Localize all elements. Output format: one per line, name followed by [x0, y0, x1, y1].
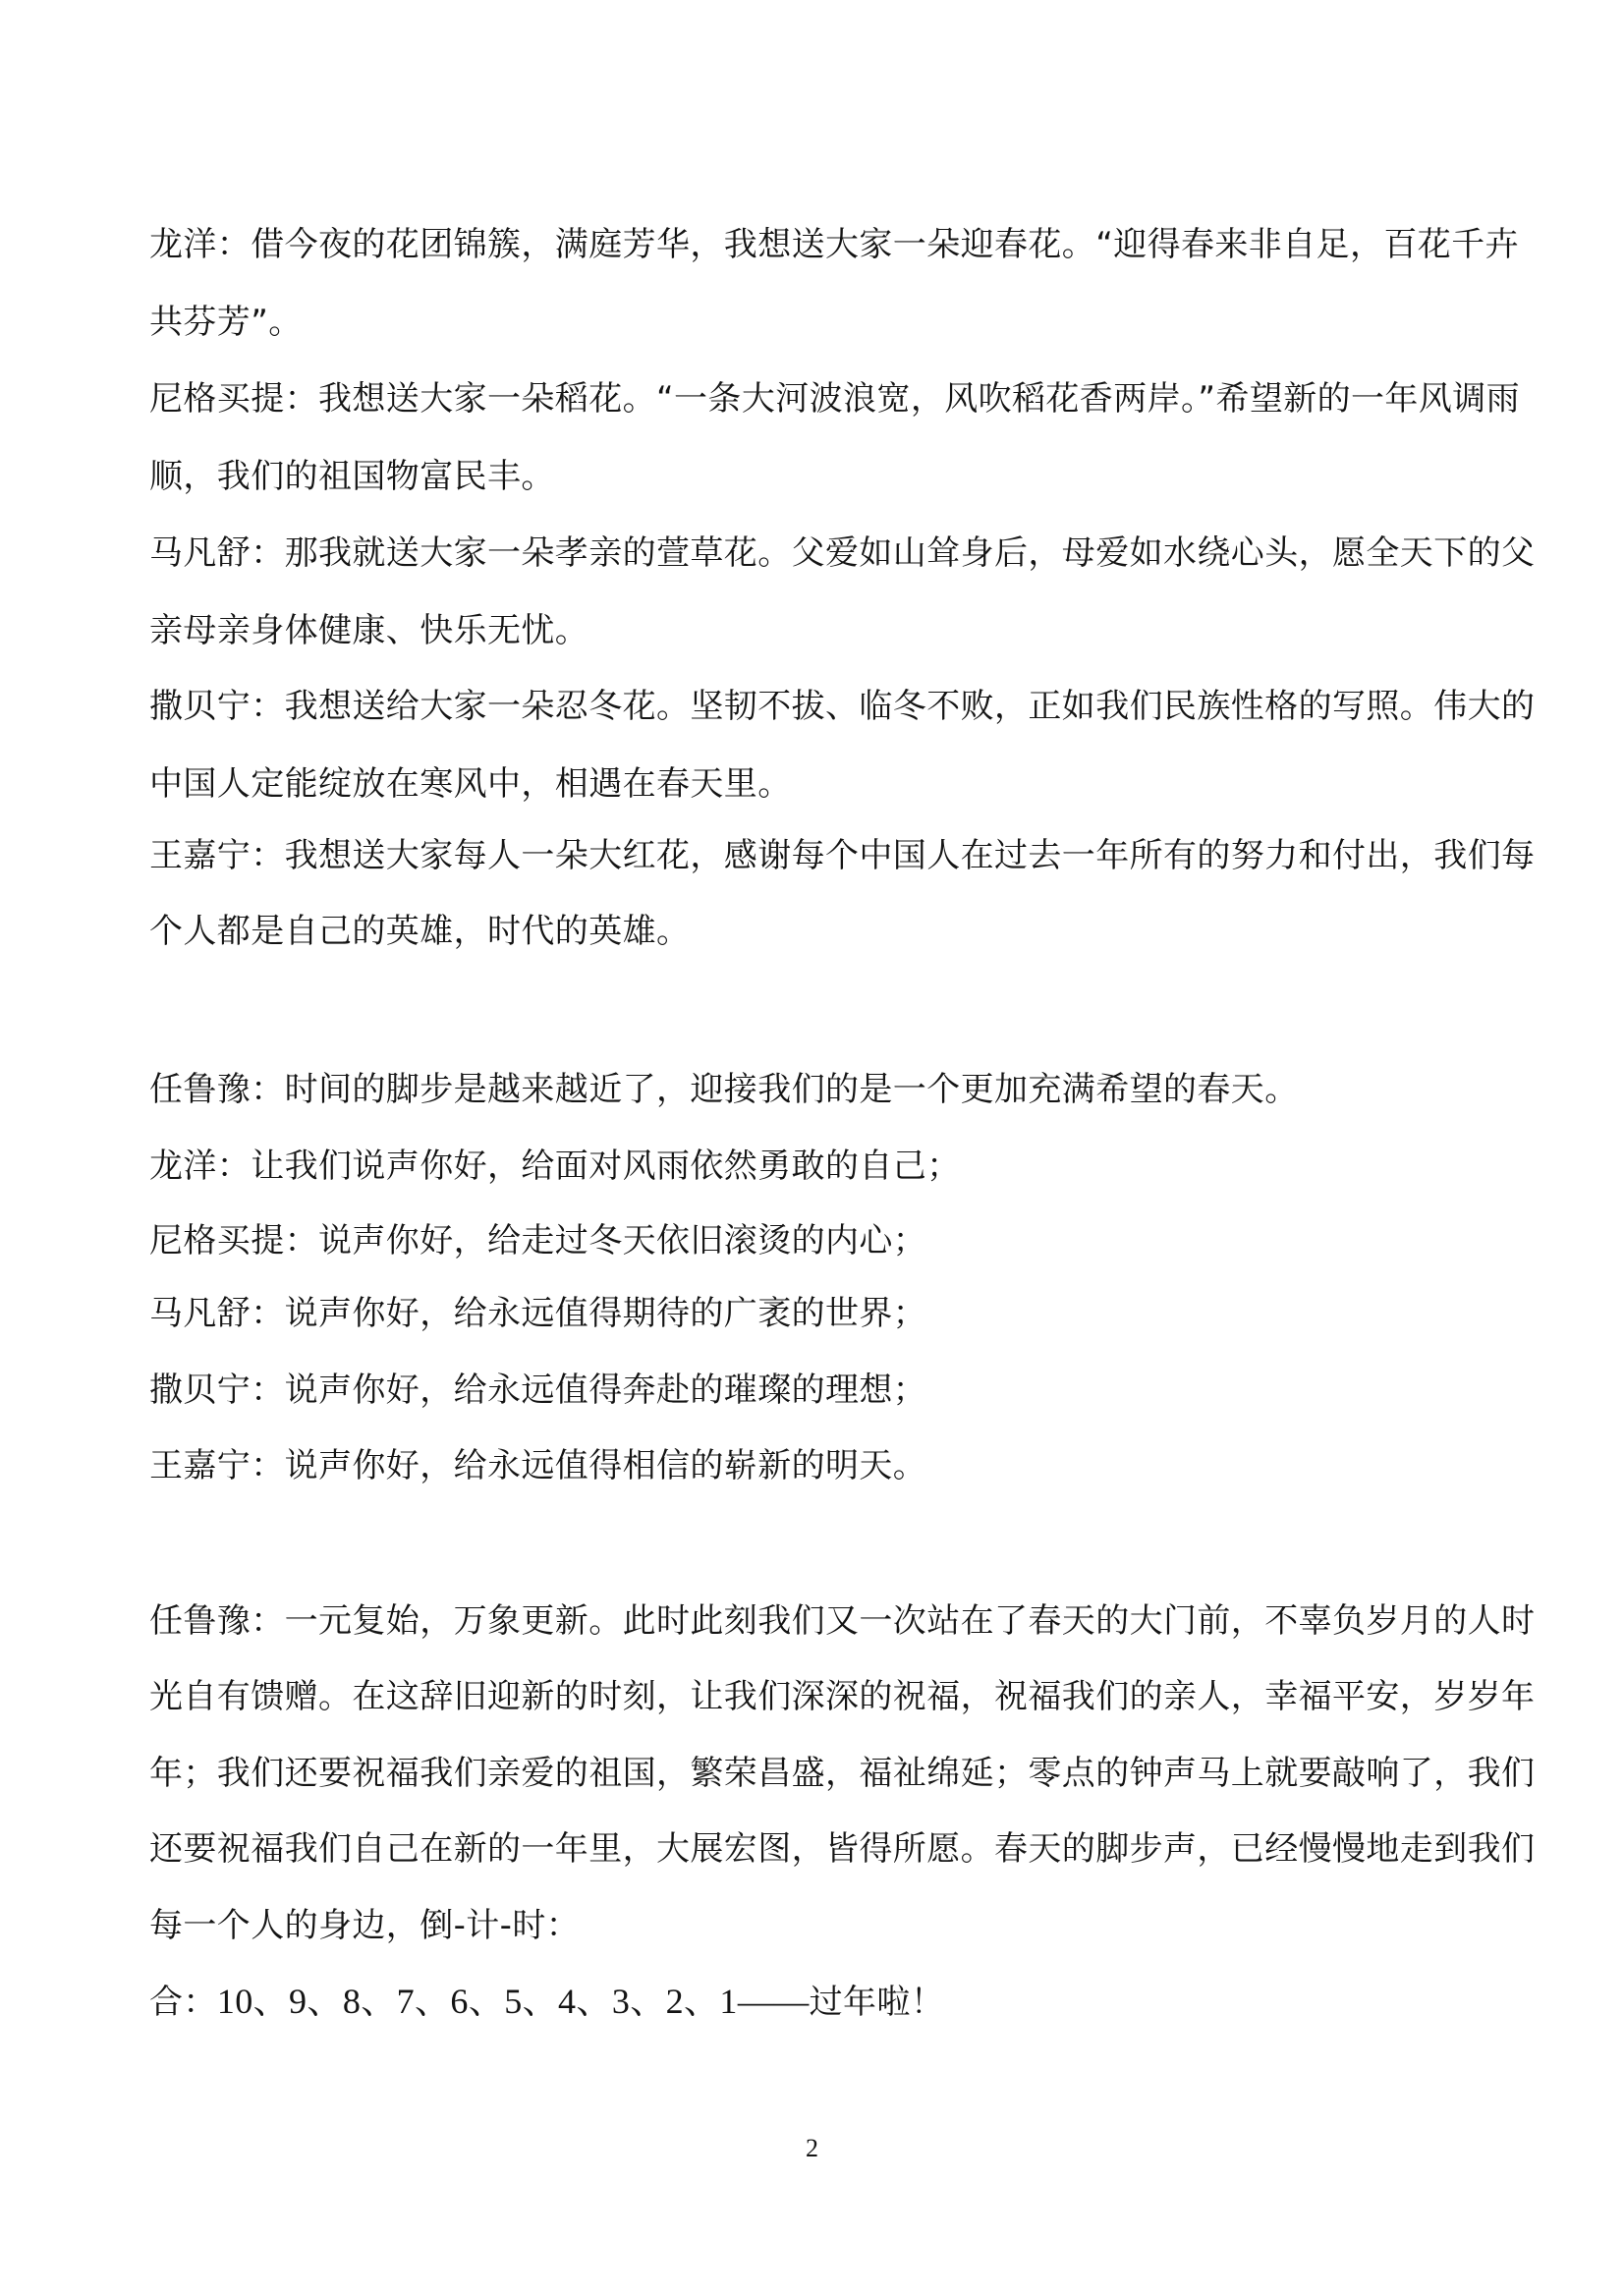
document-page: 龙洋：借今夜的花团锦簇，满庭芳华，我想送大家一朵迎春花。“迎得春来非自足，百花千…: [0, 0, 1624, 2295]
section3-line-2: 光自有馈赠。在这辞旧迎新的时刻，让我们深深的祝福，祝福我们的亲人，幸福平安，岁岁…: [149, 1675, 1476, 1718]
paragraph-longyang-line-1: 龙洋：借今夜的花团锦簇，满庭芳华，我想送大家一朵迎春花。“迎得春来非自足，百花千…: [149, 223, 1476, 266]
paragraph-nigemaiti-line-2: 顺，我们的祖国物富民丰。: [149, 455, 1476, 498]
section3-line-4: 还要祝福我们自己在新的一年里，大展宏图，皆得所愿。春天的脚步声，已经慢慢地走到我…: [149, 1827, 1476, 1871]
section2-line-renluyu: 任鲁豫：时间的脚步是越来越近了，迎接我们的是一个更加充满希望的春天。: [149, 1068, 1476, 1111]
page-number: 2: [0, 2132, 1624, 2165]
paragraph-mafanshu-line-1: 马凡舒：那我就送大家一朵孝亲的萱草花。父爱如山耸身后，母爱如水绕心头，愿全天下的…: [149, 532, 1476, 575]
paragraph-sabeining-line-1: 撒贝宁：我想送给大家一朵忍冬花。坚韧不拔、临冬不败，正如我们民族性格的写照。伟大…: [149, 685, 1476, 728]
section3-line-5: 每一个人的身边，倒-计-时：: [149, 1904, 1476, 1947]
paragraph-wangjianing-line-1: 王嘉宁：我想送大家每人一朵大红花，感谢每个中国人在过去一年所有的努力和付出，我们…: [149, 834, 1476, 877]
section2-line-nigemaiti: 尼格买提：说声你好，给走过冬天依旧滚烫的内心；: [149, 1219, 1476, 1262]
countdown-prefix: 合：: [149, 1983, 217, 2022]
paragraph-wangjianing-line-2: 个人都是自己的英雄，时代的英雄。: [149, 910, 1476, 953]
paragraph-sabeining-line-2: 中国人定能绽放在寒风中，相遇在春天里。: [149, 762, 1476, 806]
countdown-line: 合：10、9、8、7、6、5、4、3、2、1——过年啦！: [149, 1980, 1476, 2023]
section2-line-sabeining: 撒贝宁：说声你好，给永远值得奔赴的璀璨的理想；: [149, 1369, 1476, 1412]
countdown-suffix: 过年啦！: [810, 1983, 945, 2022]
section2-line-wangjianing: 王嘉宁：说声你好，给永远值得相信的崭新的明天。: [149, 1444, 1476, 1487]
paragraph-mafanshu-line-2: 亲母亲身体健康、快乐无忧。: [149, 609, 1476, 652]
countdown-numbers: 10、9、8、7、6、5、4、3、2、1——: [217, 1982, 810, 2021]
paragraph-nigemaiti-line-1: 尼格买提：我想送大家一朵稻花。“一条大河波浪宽，风吹稻花香两岸。”希望新的一年风…: [149, 377, 1476, 420]
section2-line-mafanshu: 马凡舒：说声你好，给永远值得期待的广袤的世界；: [149, 1292, 1476, 1335]
paragraph-longyang-line-2: 共芬芳”。: [149, 301, 1476, 344]
section3-line-1: 任鲁豫：一元复始，万象更新。此时此刻我们又一次站在了春天的大门前，不辜负岁月的人…: [149, 1599, 1476, 1643]
section2-line-longyang: 龙洋：让我们说声你好，给面对风雨依然勇敢的自己；: [149, 1145, 1476, 1188]
section3-line-3: 年；我们还要祝福我们亲爱的祖国，繁荣昌盛，福祉绵延；零点的钟声马上就要敲响了，我…: [149, 1752, 1476, 1795]
